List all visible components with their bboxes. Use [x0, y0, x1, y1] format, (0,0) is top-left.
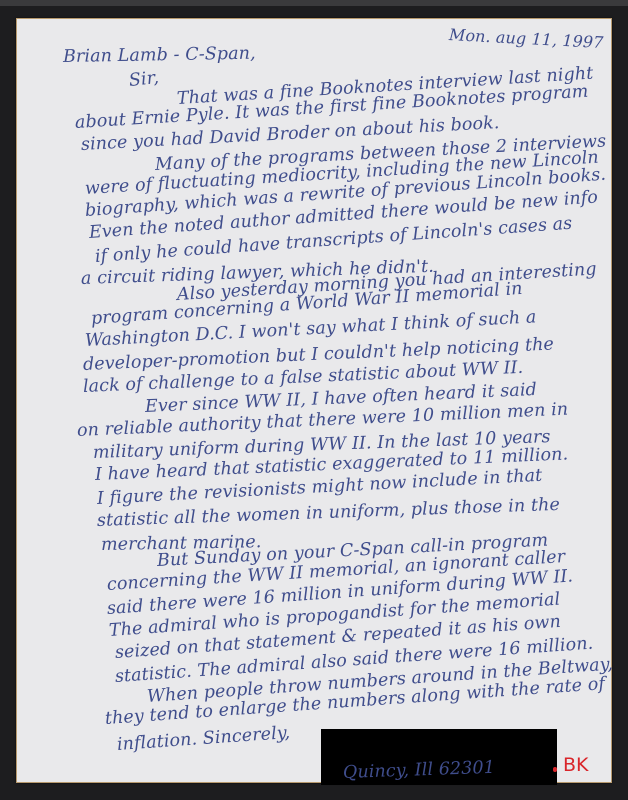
annotation-initials: BK [563, 755, 589, 775]
scanner-top-edge [0, 0, 628, 6]
letter-date: Mon. aug 11, 1997 [448, 25, 603, 53]
annotation-mark [553, 767, 557, 772]
letter-salutation: Sir, [128, 68, 160, 91]
letter-page: Mon. aug 11, 1997 Brian Lamb - C-Span, S… [16, 18, 612, 783]
letter-addressee: Brian Lamb - C-Span, [63, 44, 256, 67]
letter-closing: inflation. Sincerely, [116, 723, 290, 755]
